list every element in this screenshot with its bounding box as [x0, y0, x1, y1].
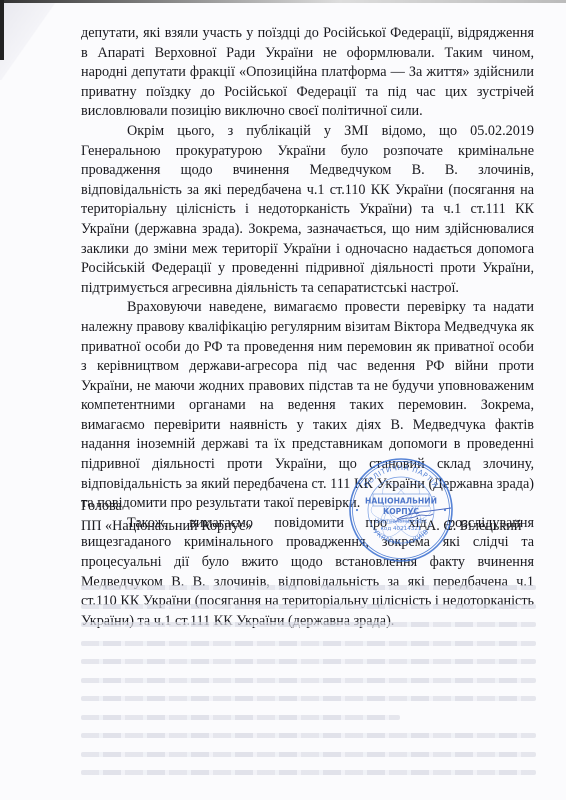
signature-block: Голова ПП «Національний Корпус» А. Є. Бі…	[81, 497, 541, 536]
document-body: депутати, які взяли участь у поїздці до …	[81, 24, 534, 631]
scan-edge-top	[0, 0, 566, 3]
paragraph-2: Окрім цього, з публікацій у ЗМІ відомо, …	[81, 122, 534, 298]
signer-name: А. Є. Білецький	[426, 517, 521, 537]
signer-title: Голова	[81, 497, 541, 517]
paragraph-1: депутати, які взяли участь у поїздці до …	[81, 24, 534, 122]
scan-fold-shadow	[0, 0, 70, 80]
paragraph-3: Враховуючи наведене, вимагаємо провести …	[81, 298, 534, 514]
reverse-side-bleedthrough	[81, 585, 536, 789]
scan-edge-left	[0, 0, 4, 60]
